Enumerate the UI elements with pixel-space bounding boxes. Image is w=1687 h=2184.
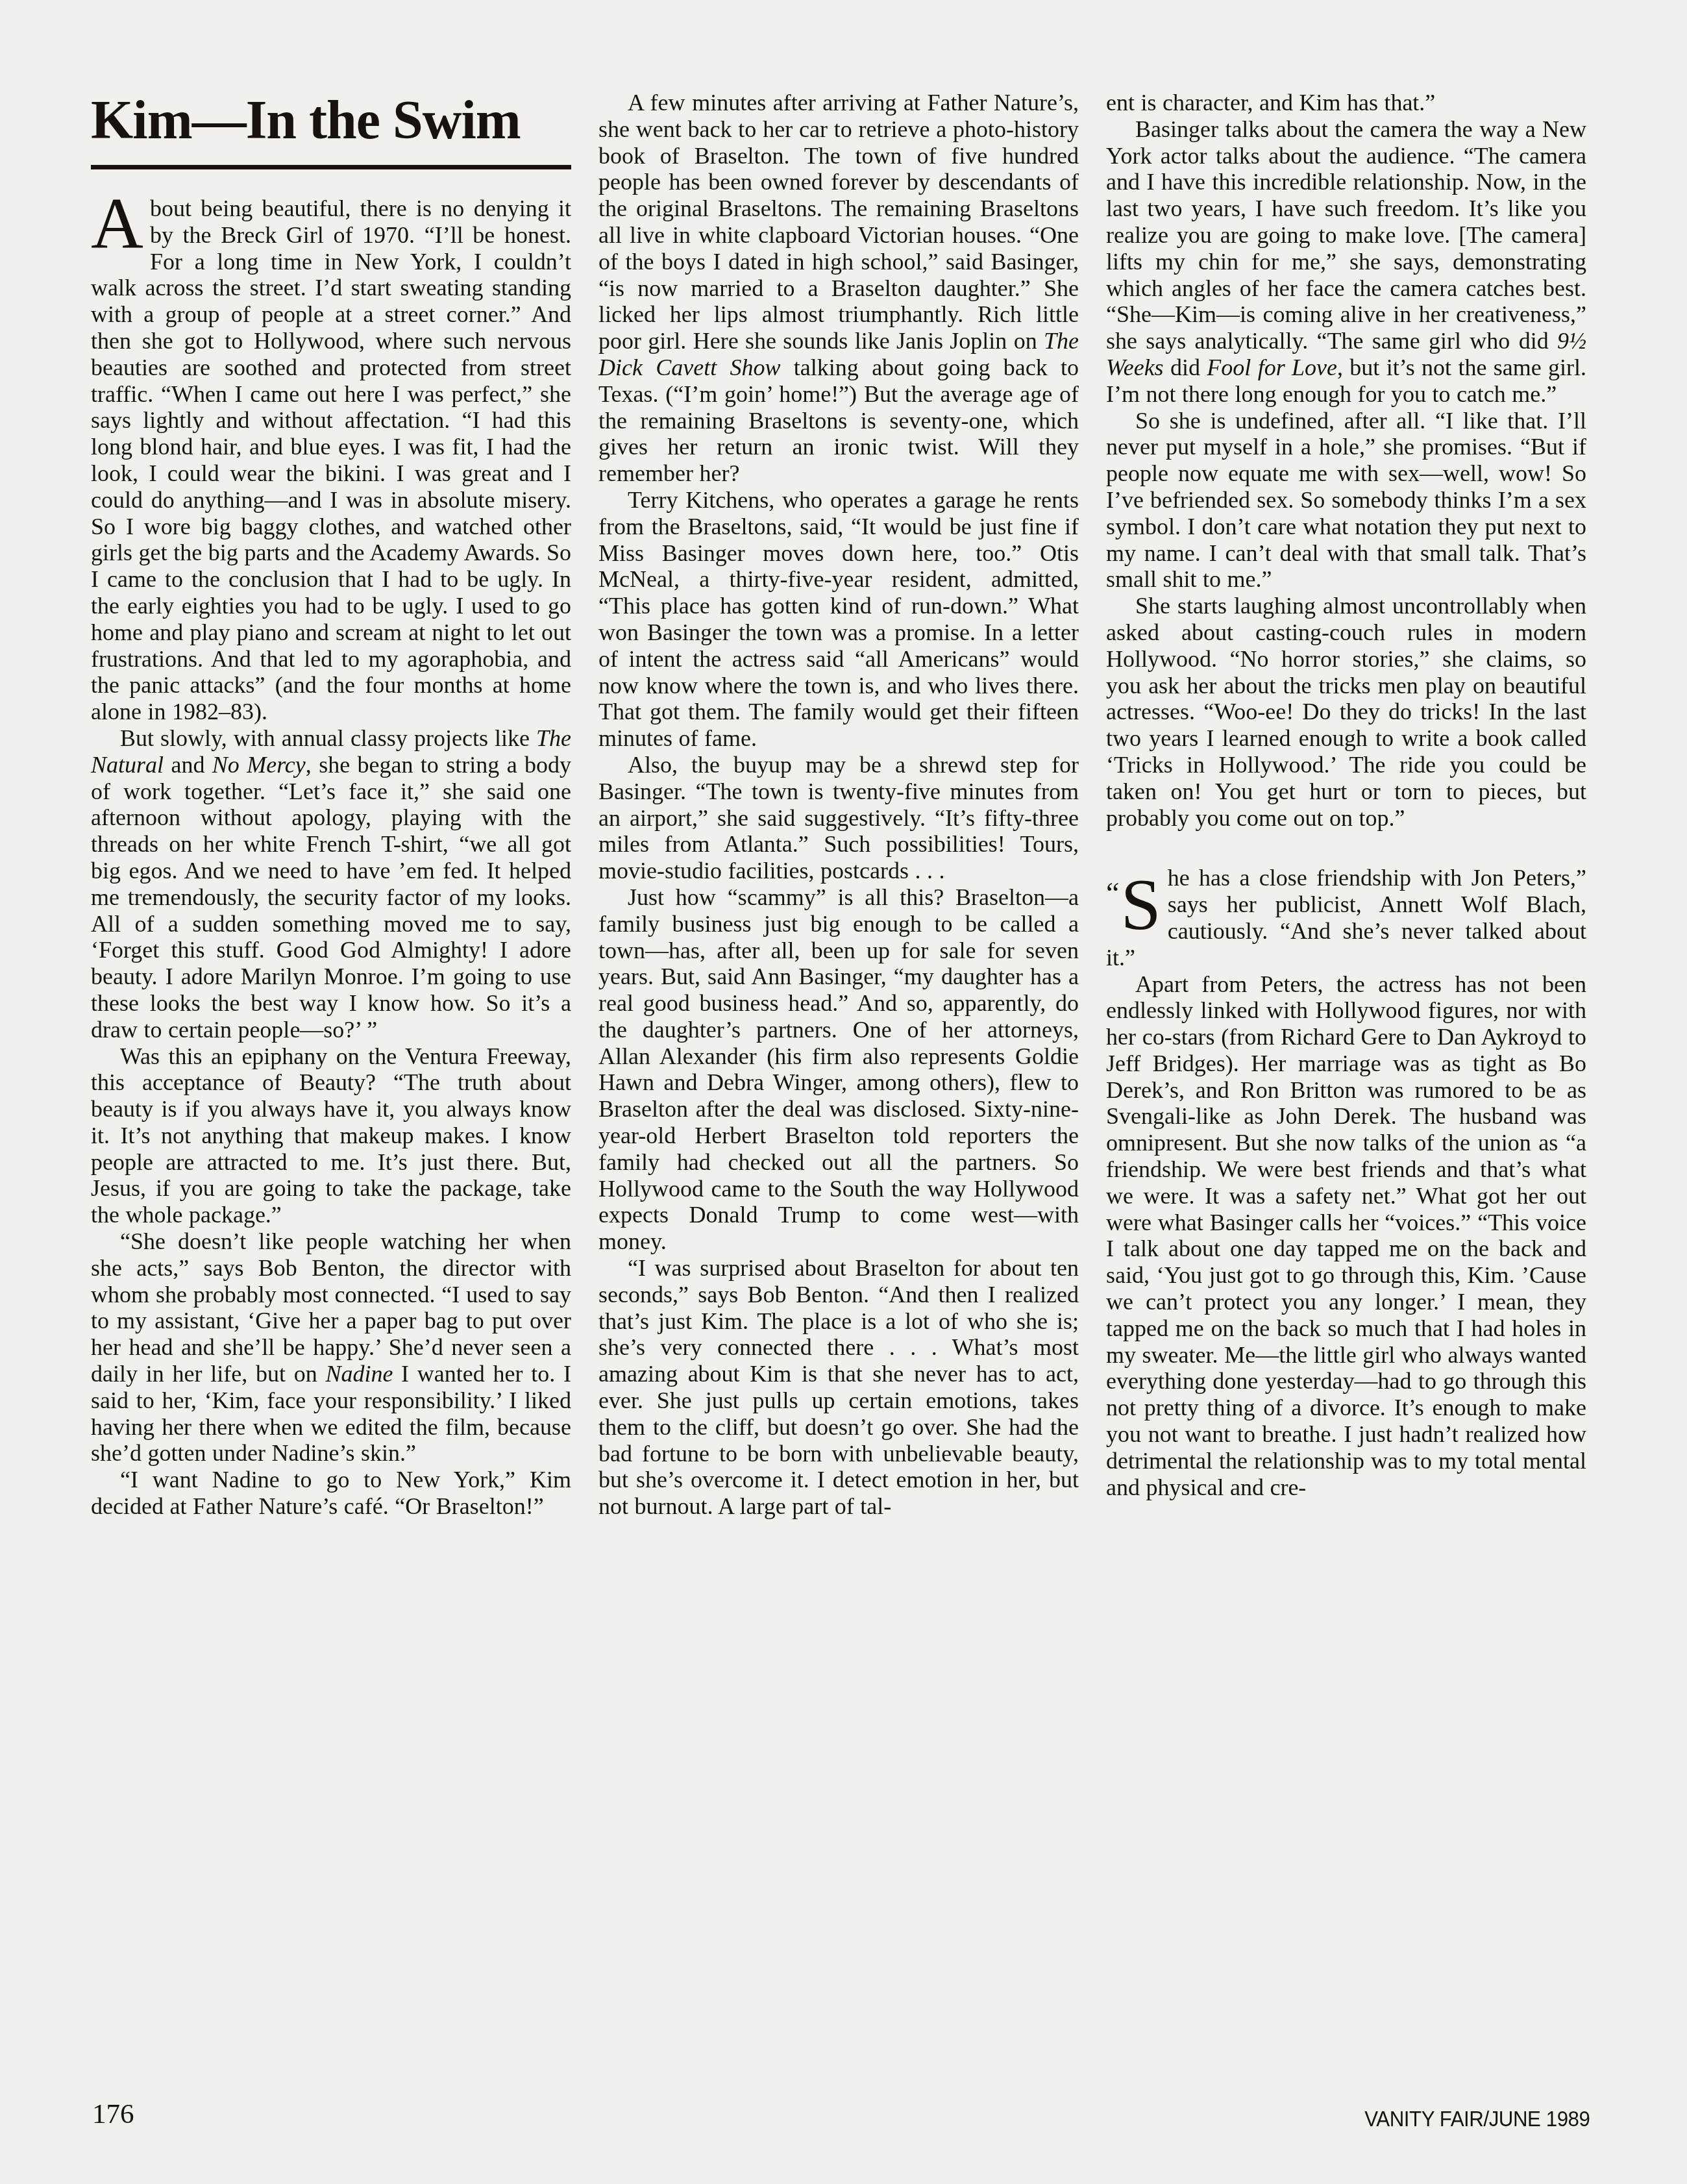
paragraph: But slowly, with annual classy projects … — [91, 725, 571, 1043]
text-run: A few minutes after arriving at Father N… — [598, 90, 1079, 354]
paragraph: A few minutes after arriving at Father N… — [598, 90, 1079, 487]
text-run: did — [1164, 354, 1207, 380]
text-run: Apart from Peters, the actress has not b… — [1106, 971, 1586, 1500]
column-3: ent is character, and Kim has that.”Basi… — [1106, 90, 1586, 1520]
text-run: , she began to string a body of work tog… — [91, 752, 571, 1043]
paragraph: Was this an epiphany on the Ventura Free… — [91, 1043, 571, 1229]
italic-text-run: Fool for Love — [1207, 354, 1337, 380]
page-number: 176 — [92, 2098, 134, 2130]
magazine-page: Kim—In the Swim About being beautiful, t… — [0, 0, 1687, 2184]
paragraph: She starts laughing almost uncontrollabl… — [1106, 593, 1586, 831]
italic-text-run: No Mercy — [212, 752, 306, 778]
title-rule — [91, 165, 571, 169]
paragraph: “She doesn’t like people watching her wh… — [91, 1228, 571, 1467]
drop-cap: “S — [1106, 865, 1168, 932]
text-run: Also, the buyup may be a shrewd step for… — [598, 752, 1079, 884]
italic-text-run: Nadine — [325, 1361, 393, 1387]
text-run: “I want Nadine to go to New York,” Kim d… — [91, 1467, 571, 1519]
paragraph: “She has a close friendship with Jon Pet… — [1106, 865, 1586, 971]
paragraph: Also, the buyup may be a shrewd step for… — [598, 752, 1079, 884]
text-run: “I was surprised about Braselton for abo… — [598, 1255, 1079, 1519]
paragraph: About being beautiful, there is no denyi… — [91, 195, 571, 725]
paragraph: Just how “scammy” is all this? Braselton… — [598, 884, 1079, 1255]
text-run: Basinger talks about the camera the way … — [1106, 116, 1586, 354]
paragraph: ent is character, and Kim has that.” — [1106, 90, 1586, 116]
text-run: and — [164, 752, 212, 778]
paragraph: Apart from Peters, the actress has not b… — [1106, 971, 1586, 1501]
column-1: Kim—In the Swim About being beautiful, t… — [91, 90, 571, 1520]
text-run: Terry Kitchens, who operates a garage he… — [598, 487, 1079, 751]
column-2: A few minutes after arriving at Father N… — [598, 90, 1079, 1520]
article-title: Kim—In the Swim — [91, 93, 571, 148]
column-2-text: A few minutes after arriving at Father N… — [598, 90, 1079, 1520]
magazine-credit: VANITY FAIR/JUNE 1989 — [1364, 2107, 1590, 2132]
text-run: bout being beautiful, there is no denyin… — [91, 195, 571, 725]
text-run: So she is undefined, after all. “I like … — [1106, 408, 1586, 593]
column-1-text: About being beautiful, there is no denyi… — [91, 195, 571, 1520]
text-run: he has a close friendship with Jon Peter… — [1106, 865, 1586, 970]
paragraph: “I was surprised about Braselton for abo… — [598, 1255, 1079, 1520]
paragraph: So she is undefined, after all. “I like … — [1106, 408, 1586, 593]
text-run: ent is character, and Kim has that.” — [1106, 90, 1435, 116]
text-run: But slowly, with annual classy projects … — [120, 725, 536, 751]
paragraph: “I want Nadine to go to New York,” Kim d… — [91, 1467, 571, 1520]
drop-cap-quote: “ — [1106, 876, 1118, 910]
drop-cap: A — [91, 195, 150, 251]
paragraph: Terry Kitchens, who operates a garage he… — [598, 487, 1079, 752]
column-3-text: ent is character, and Kim has that.”Basi… — [1106, 90, 1586, 1500]
text-run: Was this an epiphany on the Ventura Free… — [91, 1043, 571, 1228]
text-run: She starts laughing almost uncontrollabl… — [1106, 593, 1586, 830]
article-columns: Kim—In the Swim About being beautiful, t… — [91, 90, 1586, 1520]
paragraph: Basinger talks about the camera the way … — [1106, 116, 1586, 408]
text-run: Just how “scammy” is all this? Braselton… — [598, 884, 1079, 1254]
